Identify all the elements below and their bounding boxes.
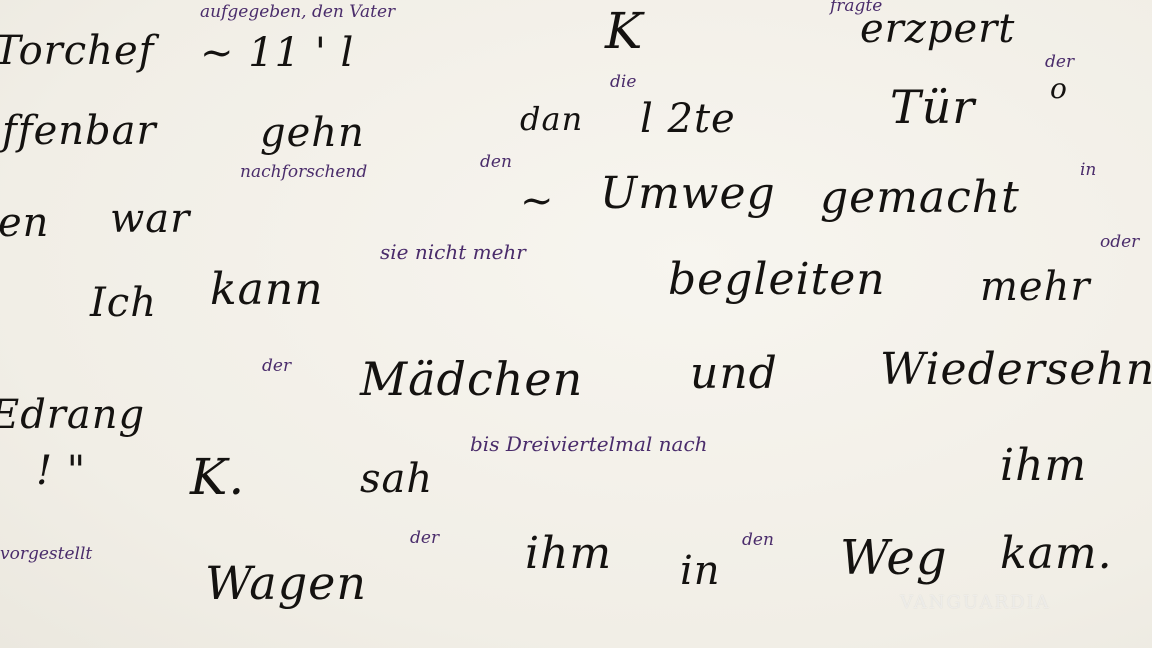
word: K [605,2,643,60]
word: gemacht [820,172,1020,223]
word: kam. [1000,528,1113,579]
correction-text: der [410,528,439,548]
word: Ich [90,280,157,326]
word: o [1050,72,1068,105]
word: gehn [260,110,365,156]
watermark: VANGUARDIA [900,592,1051,613]
word: war [110,196,190,242]
correction-text: den [480,152,512,172]
word: Tür [890,80,975,134]
word: erzpert [860,6,1015,52]
correction-text: vorgestellt [0,544,92,564]
word: ihm [525,528,612,579]
word: Umweg [600,168,776,219]
word: ~ 11 ' l [200,30,354,76]
word: Wiedersehn [880,344,1152,395]
word: sah [360,456,433,502]
manuscript-page: Torchef ~ 11 ' l K erzpert aufgegeben, d… [0,0,1152,648]
word: begleiten [668,254,886,305]
correction-text: nachforschend [240,162,367,182]
word: kann [210,264,324,315]
correction-text: aufgegeben, den Vater [200,2,395,22]
word: Edrang [0,392,145,438]
word: Wagen [205,556,367,610]
correction-text: der [1045,52,1074,72]
word: K. [190,448,245,506]
word: ihm [1000,440,1087,491]
word: in [680,548,721,594]
correction-text: fragte [830,0,882,16]
word: ! " [36,448,86,494]
word: Mädchen [360,352,583,406]
word: mehr [980,264,1090,310]
correction-text: die [610,72,636,92]
word: dan [520,100,583,138]
correction-text: der [262,356,291,376]
correction-text: in [1080,160,1096,180]
correction-text: sie nicht mehr [380,240,526,264]
correction-text: oder [1100,232,1139,252]
word: ~ [520,178,555,224]
word: Weg [840,530,948,586]
word: l 2te [640,96,736,142]
correction-text: den [742,530,774,550]
word: und [690,348,778,399]
word: en [0,200,49,246]
word: ffenbar [2,108,157,154]
correction-text: bis Dreiviertelmal nach [470,432,708,456]
word: Torchef [0,28,154,74]
